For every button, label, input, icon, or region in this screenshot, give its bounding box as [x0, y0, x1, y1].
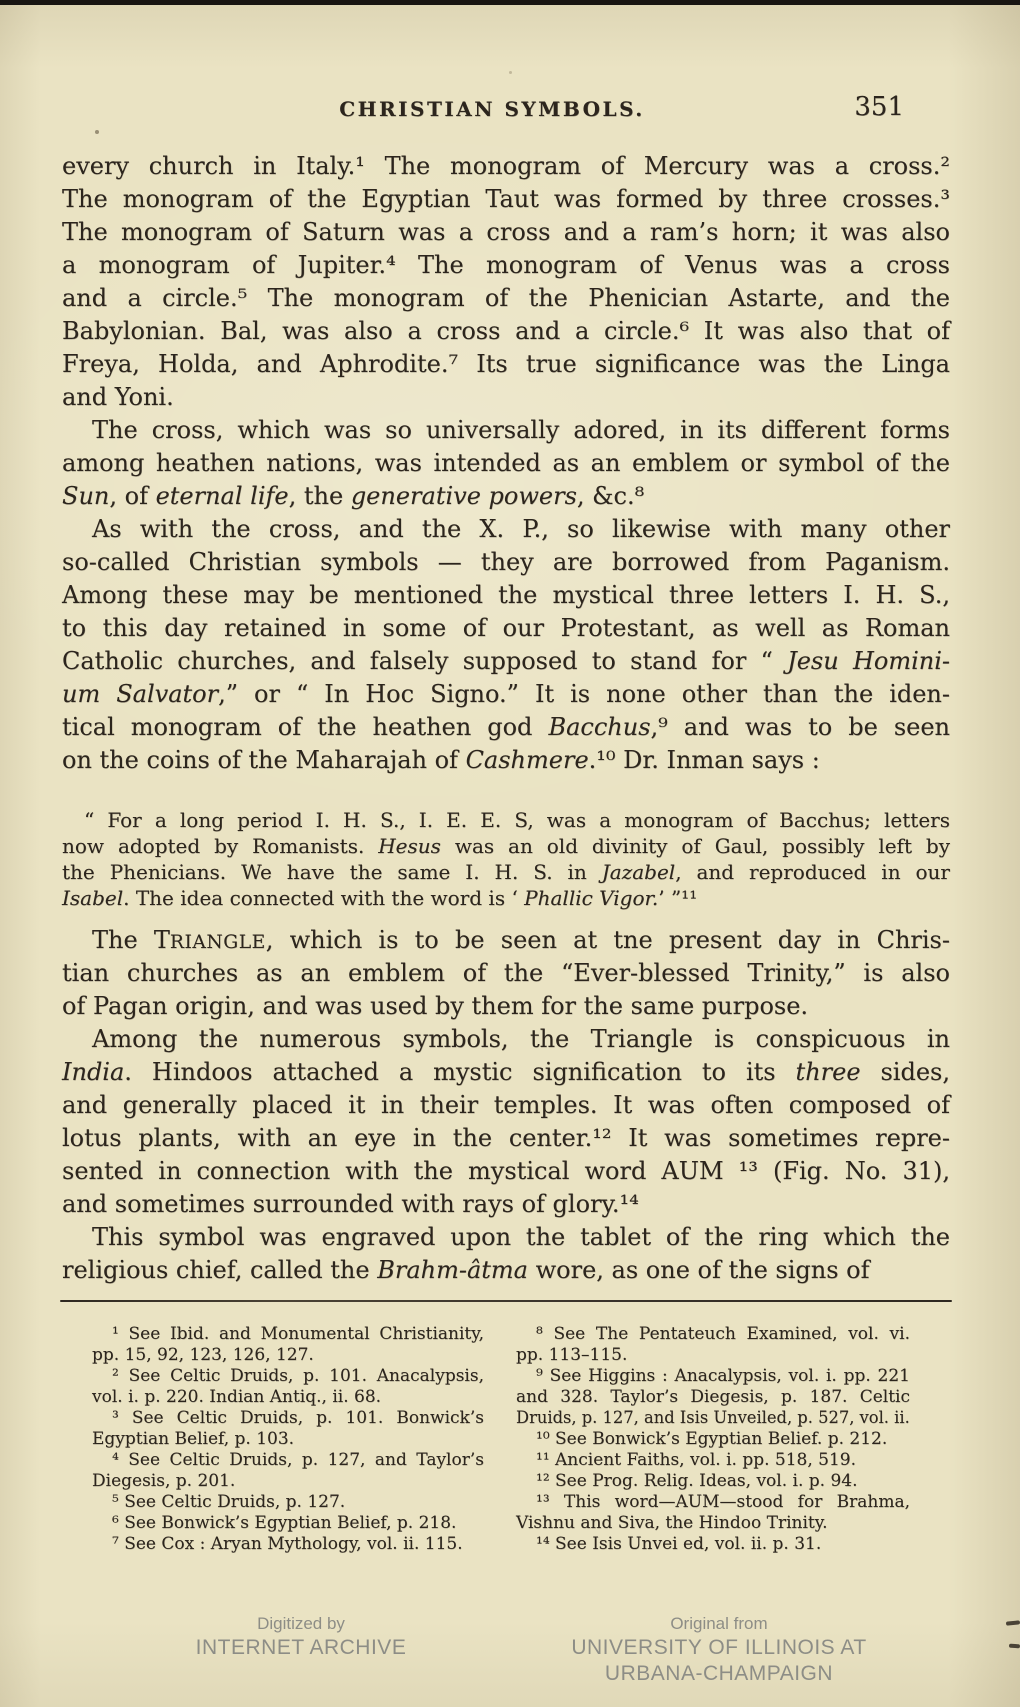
- body-paragraph: every church in Italy.¹ The monogram of …: [62, 150, 950, 414]
- text-line: ¹³ This word—AUM—stood for Brahma,: [516, 1492, 910, 1513]
- watermark-digitized-by: Digitized by INTERNET ARCHIVE: [196, 1612, 407, 1661]
- block-quote: “ For a long period I. H. S., I. E. E. S…: [62, 807, 950, 911]
- text-line: Diegesis, p. 201.: [92, 1471, 484, 1492]
- text-line: ⁶ See Bonwick’s Egyptian Belief, p. 218.: [92, 1513, 484, 1534]
- footnote: ¹¹ Ancient Faiths, vol. i. pp. 518, 519.: [516, 1450, 910, 1471]
- text-line: tical monogram of the heathen god Bacchu…: [62, 711, 950, 744]
- footnotes-left-column: ¹ See Ibid. and Monumental Christianity,…: [92, 1324, 484, 1555]
- scan-speck: [95, 130, 99, 134]
- body-paragraph: The cross, which was so universally ador…: [62, 414, 950, 513]
- text-line: “ For a long period I. H. S., I. E. E. S…: [62, 807, 950, 833]
- text-line: As with the cross, and the X. P., so lik…: [62, 513, 950, 546]
- text-line: and 328. Taylor’s Diegesis, p. 187. Celt…: [516, 1387, 910, 1408]
- text-line: Druids, p. 127, and Isis Unveiled, p. 52…: [516, 1408, 894, 1429]
- text-line: so-called Christian symbols — they are b…: [62, 546, 950, 579]
- footnote: ¹⁰ See Bonwick’s Egyptian Belief. p. 212…: [516, 1429, 910, 1450]
- footnote: ⁵ See Celtic Druids, p. 127.: [92, 1492, 484, 1513]
- text-line: of Pagan origin, and was used by them fo…: [62, 990, 950, 1023]
- text-line: and a circle.⁵ The monogram of the Pheni…: [62, 282, 950, 315]
- text-line: pp. 113–115.: [516, 1345, 910, 1366]
- scan-top-edge: [0, 0, 1020, 5]
- text-line: The monogram of Saturn was a cross and a…: [62, 216, 950, 249]
- text-line: ⁸ See The Pentateuch Examined, vol. vi.: [516, 1324, 910, 1345]
- footnote: ¹ See Ibid. and Monumental Christianity,…: [92, 1324, 484, 1366]
- footnotes-right-column: ⁸ See The Pentateuch Examined, vol. vi.p…: [516, 1324, 910, 1555]
- text-line: and Yoni.: [62, 381, 950, 414]
- footnote: ⁶ See Bonwick’s Egyptian Belief, p. 218.: [92, 1513, 484, 1534]
- watermark-university-line1: UNIVERSITY OF ILLINOIS AT: [571, 1635, 866, 1661]
- footnote: ⁸ See The Pentateuch Examined, vol. vi.p…: [516, 1324, 910, 1366]
- page-body-text: every church in Italy.¹ The monogram of …: [62, 150, 950, 1287]
- text-line: India. Hindoos attached a mystic signifi…: [62, 1056, 950, 1089]
- text-line: to this day retained in some of our Prot…: [62, 612, 950, 645]
- footnote: ¹³ This word—AUM—stood for Brahma,Vishnu…: [516, 1492, 910, 1534]
- text-line: Freya, Holda, and Aphrodite.⁷ Its true s…: [62, 348, 950, 381]
- text-line: The Triangle, which is to be seen at tne…: [62, 924, 950, 957]
- footnote: ¹⁴ See Isis Unvei ed, vol. ii. p. 31.: [516, 1534, 910, 1555]
- footnote-separator: [60, 1300, 952, 1302]
- text-line: um Salvator,” or “ In Hoc Signo.” It is …: [62, 678, 950, 711]
- footnote: ⁴ See Celtic Druids, p. 127, and Taylor’…: [92, 1450, 484, 1492]
- text-line: sented in connection with the mystical w…: [62, 1155, 950, 1188]
- text-line: Babylonian. Bal, was also a cross and a …: [62, 315, 950, 348]
- text-line: Catholic churches, and falsely supposed …: [62, 645, 950, 678]
- text-line: Among the numerous symbols, the Triangle…: [62, 1023, 950, 1056]
- text-line: tian churches as an emblem of the “Ever-…: [62, 957, 950, 990]
- footnote: ¹² See Prog. Relig. Ideas, vol. i. p. 94…: [516, 1471, 910, 1492]
- text-line: vol. i. p. 220. Indian Antiq., ii. 68.: [92, 1387, 484, 1408]
- text-line: Among these may be mentioned the mystica…: [62, 579, 950, 612]
- text-line: and generally placed it in their temples…: [62, 1089, 950, 1122]
- footnote: ⁹ See Higgins : Anacalypsis, vol. i. pp.…: [516, 1366, 910, 1429]
- scan-edge-mark: [1006, 1620, 1020, 1625]
- text-line: Isabel. The idea connected with the word…: [62, 885, 950, 911]
- scanned-book-page: CHRISTIAN SYMBOLS. 351 every church in I…: [0, 0, 1020, 1707]
- text-line: ⁹ See Higgins : Anacalypsis, vol. i. pp.…: [516, 1366, 910, 1387]
- footnote: ⁷ See Cox : Aryan Mythology, vol. ii. 11…: [92, 1534, 484, 1555]
- text-line: ² See Celtic Druids, p. 101. Anacalypsis…: [92, 1366, 484, 1387]
- text-line: ³ See Celtic Druids, p. 101. Bonwick’s: [92, 1408, 484, 1429]
- text-line: religious chief, called the Brahm-âtma w…: [62, 1254, 950, 1287]
- text-line: Vishnu and Siva, the Hindoo Trinity.: [516, 1513, 910, 1534]
- scan-speck: [509, 71, 512, 74]
- watermark-original-from: Original from UNIVERSITY OF ILLINOIS AT …: [571, 1612, 866, 1687]
- text-line: among heathen nations, was intended as a…: [62, 447, 950, 480]
- running-head: CHRISTIAN SYMBOLS. 351: [62, 92, 950, 126]
- body-paragraph: Among the numerous symbols, the Triangle…: [62, 1023, 950, 1221]
- text-line: the Phenicians. We have the same I. H. S…: [62, 859, 950, 885]
- body-paragraph: As with the cross, and the X. P., so lik…: [62, 513, 950, 777]
- text-line: The monogram of the Egyptian Taut was fo…: [62, 183, 950, 216]
- text-line: every church in Italy.¹ The monogram of …: [62, 150, 950, 183]
- watermark-digitized-label: Digitized by: [196, 1612, 407, 1635]
- footnote: ³ See Celtic Druids, p. 101. Bonwick’sEg…: [92, 1408, 484, 1450]
- text-line: lotus plants, with an eye in the center.…: [62, 1122, 950, 1155]
- text-line: The cross, which was so universally ador…: [62, 414, 950, 447]
- text-line: a monogram of Jupiter.⁴ The monogram of …: [62, 249, 950, 282]
- text-line: ⁴ See Celtic Druids, p. 127, and Taylor’…: [92, 1450, 484, 1471]
- text-line: ⁵ See Celtic Druids, p. 127.: [92, 1492, 484, 1513]
- text-line: now adopted by Romanists. Hesus was an o…: [62, 833, 950, 859]
- body-paragraph: This symbol was engraved upon the tablet…: [62, 1221, 950, 1287]
- text-line: ¹ See Ibid. and Monumental Christianity,: [92, 1324, 484, 1345]
- text-line: and sometimes surrounded with rays of gl…: [62, 1188, 950, 1221]
- text-line: ¹⁰ See Bonwick’s Egyptian Belief. p. 212…: [516, 1429, 910, 1450]
- watermark-original-label: Original from: [571, 1612, 866, 1635]
- page-number: 351: [854, 92, 904, 122]
- text-line: ¹⁴ See Isis Unvei ed, vol. ii. p. 31.: [516, 1534, 910, 1555]
- body-paragraph: The Triangle, which is to be seen at tne…: [62, 924, 950, 1023]
- scan-edge-mark: [1009, 1644, 1020, 1649]
- footnote: ² See Celtic Druids, p. 101. Anacalypsis…: [92, 1366, 484, 1408]
- text-line: This symbol was engraved upon the tablet…: [62, 1221, 950, 1254]
- running-title: CHRISTIAN SYMBOLS.: [339, 96, 645, 122]
- text-line: Egyptian Belief, p. 103.: [92, 1429, 484, 1450]
- text-line: ⁷ See Cox : Aryan Mythology, vol. ii. 11…: [92, 1534, 484, 1555]
- text-line: Sun, of eternal life, the generative pow…: [62, 480, 950, 513]
- text-line: on the coins of the Maharajah of Cashmer…: [62, 744, 950, 777]
- text-line: ¹¹ Ancient Faiths, vol. i. pp. 518, 519.: [516, 1450, 910, 1471]
- watermark-university-line2: URBANA-CHAMPAIGN: [571, 1661, 866, 1687]
- watermark-archive-name: INTERNET ARCHIVE: [196, 1635, 407, 1661]
- text-line: pp. 15, 92, 123, 126, 127.: [92, 1345, 484, 1366]
- text-line: ¹² See Prog. Relig. Ideas, vol. i. p. 94…: [516, 1471, 910, 1492]
